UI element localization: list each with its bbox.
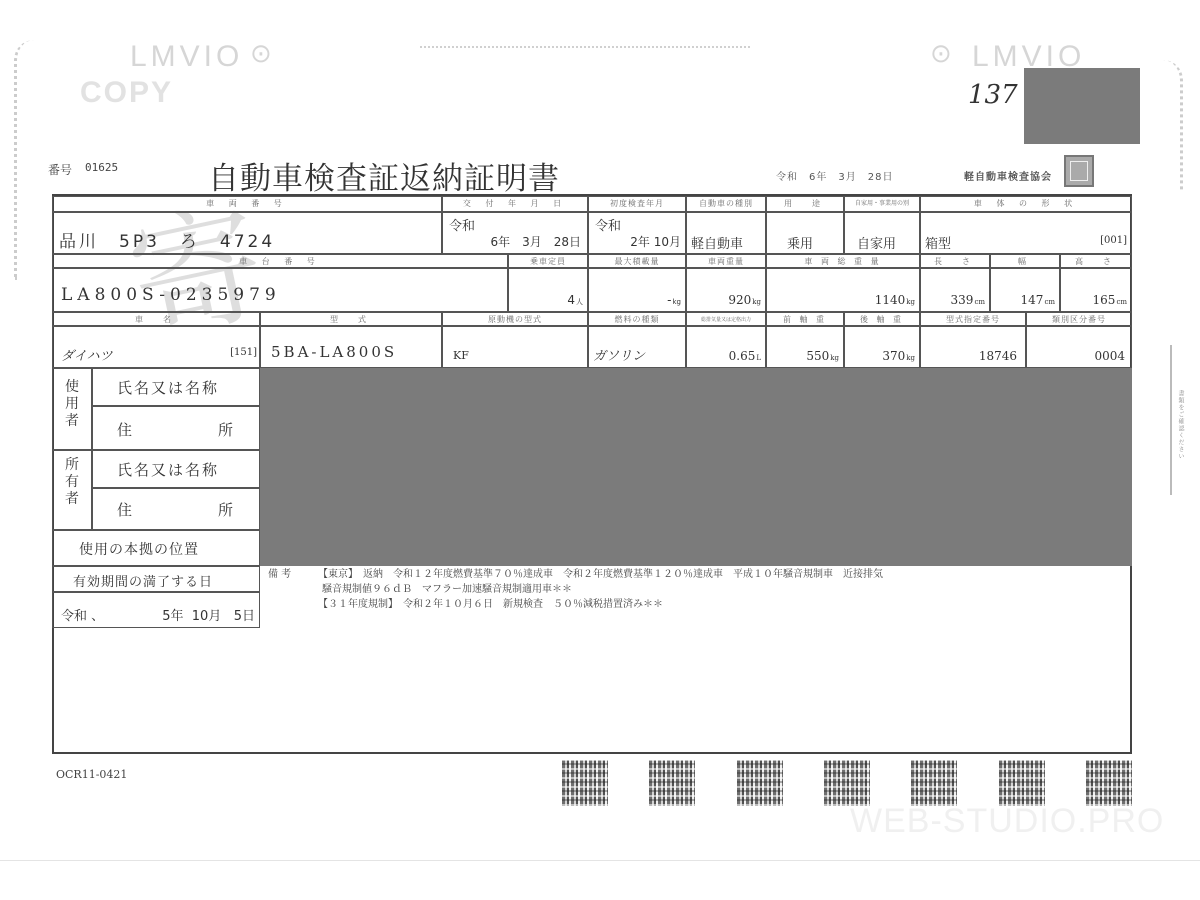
- registration-number-cell: 品川 5P3 ろ 4724: [52, 212, 442, 254]
- type-designation-cell: 18746: [920, 326, 1026, 368]
- hdr-vehicle-type: 自動車の種別: [686, 196, 766, 212]
- user-name-label: 氏名又は名称: [117, 377, 219, 398]
- circle-logo-icon-right: ⊙: [930, 38, 956, 69]
- capacity-value: 4人: [567, 293, 583, 307]
- business-use-cell: 自家用: [844, 212, 920, 254]
- hdr-usage: 用 途: [766, 196, 844, 212]
- owner-address-label-left: 住: [117, 499, 134, 520]
- length-value: 339cm: [951, 293, 985, 307]
- model-cell: 5BA-LA800S: [260, 326, 442, 368]
- hdr-rear-axle: 後 軸 重: [844, 312, 920, 326]
- form-code: OCR11-0421: [56, 768, 127, 781]
- remarks-line-2: 騒音規制値９６ｄＢ マフラー加速騒音規制適用車＊＊: [322, 583, 572, 596]
- width-value: 147cm: [1021, 293, 1055, 307]
- front-axle-value: 550kg: [806, 349, 839, 363]
- first-registration-value: 2年 10月: [630, 233, 681, 250]
- qr-code-icon: [737, 760, 783, 806]
- length-cell: 339cm: [920, 268, 990, 312]
- expiry-era: 令和 、: [61, 605, 104, 624]
- location-label: 使用の本拠の位置: [79, 539, 199, 559]
- left-flourish: [14, 40, 47, 280]
- first-registration-cell: 令和 2年 10月: [588, 212, 686, 254]
- hdr-engine-model: 原動機の型式: [442, 312, 588, 326]
- vehicle-weight-cell: 920kg: [686, 268, 766, 312]
- qr-code-icon: [649, 760, 695, 806]
- expiry-label-cell: 有効期間の満了する日: [52, 566, 260, 592]
- hdr-body-shape: 車 体 の 形 状: [920, 196, 1132, 212]
- fuel-cell: ガソリン: [588, 326, 686, 368]
- gross-weight-cell: 1140kg: [766, 268, 920, 312]
- brand-watermark-left: LMVIO: [130, 40, 243, 74]
- owner-group-cell: 所有者: [52, 450, 92, 530]
- hdr-displacement: 総排気量又は定格出力: [686, 312, 766, 326]
- height-cell: 165cm: [1060, 268, 1132, 312]
- registration-number-value: 品川 5P3 ろ 4724: [59, 227, 275, 252]
- hdr-width: 幅: [990, 254, 1060, 268]
- body-shape-value: 箱型: [925, 233, 951, 252]
- expiry-value: 5年 10月 5日: [162, 605, 255, 624]
- hdr-gross-weight: 車 両 総 重 量: [766, 254, 920, 268]
- maker-cell: ダイハツ [151]: [52, 326, 260, 368]
- location-label-cell: 使用の本拠の位置: [52, 530, 260, 566]
- engine-model-value: KF: [453, 349, 469, 362]
- displacement-cell: 0.65L: [686, 326, 766, 368]
- capacity-cell: 4人: [508, 268, 588, 312]
- copy-watermark: COPY: [80, 76, 173, 110]
- hdr-height: 高 さ: [1060, 254, 1132, 268]
- user-name-label-cell: 氏名又は名称: [92, 368, 260, 406]
- fuel-value: ガソリン: [593, 345, 645, 364]
- owner-address-label-cell: 住 所: [92, 488, 260, 530]
- number-value: 01625: [85, 161, 118, 174]
- owner-group-label: 所有者: [64, 457, 80, 508]
- usage-value: 乗用: [787, 233, 813, 252]
- remarks-line-1: 【東京】 返納 令和１２年度燃費基準７０％達成車 令和２年度燃費基準１２０％達成…: [318, 568, 883, 581]
- first-registration-era: 令和: [595, 215, 621, 234]
- business-use-value: 自家用: [857, 233, 896, 252]
- qr-code-icon: [824, 760, 870, 806]
- site-watermark: WEB-STUDIO.PRO: [850, 802, 1164, 841]
- hdr-length: 長 さ: [920, 254, 990, 268]
- number-label: 番号: [48, 161, 72, 178]
- vehicle-type-value: 軽自動車: [691, 233, 743, 252]
- owner-address-label-right: 所: [218, 499, 235, 520]
- maker-value: ダイハツ: [61, 345, 112, 364]
- document-title: 自動車検査証返納証明書: [208, 153, 560, 198]
- right-flourish: [1150, 60, 1183, 190]
- model-value: 5BA-LA800S: [271, 343, 397, 361]
- side-note: 書類をご確認ください: [1176, 390, 1185, 460]
- qr-code-icon: [1086, 760, 1132, 806]
- user-group-cell: 使用者: [52, 368, 92, 450]
- redacted-block-top-2: [1024, 104, 1140, 144]
- user-group-label: 使用者: [64, 379, 80, 430]
- height-value: 165cm: [1093, 293, 1127, 307]
- max-load-value: -kg: [667, 293, 681, 307]
- qr-code-icon: [562, 760, 608, 806]
- category-number-value: 0004: [1094, 349, 1125, 363]
- chassis-number-cell: LA800S-0235979: [52, 268, 508, 312]
- type-designation-value: 18746: [979, 349, 1017, 363]
- owner-name-label: 氏名又は名称: [117, 459, 219, 480]
- engine-model-cell: KF: [442, 326, 588, 368]
- hdr-type-designation: 型式指定番号: [920, 312, 1026, 326]
- issuer-name: 軽自動車検査協会: [964, 168, 1052, 183]
- redacted-block-top: [1024, 68, 1140, 106]
- vehicle-weight-value: 920kg: [728, 293, 761, 307]
- top-flourish: [420, 46, 750, 48]
- qr-code-icon: [911, 760, 957, 806]
- vehicle-type-cell: 軽自動車: [686, 212, 766, 254]
- hdr-fuel: 燃料の種類: [588, 312, 686, 326]
- hdr-vehicle-weight: 車両重量: [686, 254, 766, 268]
- front-axle-cell: 550kg: [766, 326, 844, 368]
- max-load-cell: -kg: [588, 268, 686, 312]
- category-number-cell: 0004: [1026, 326, 1132, 368]
- body-shape-code: [001]: [1100, 235, 1127, 246]
- expiry-value-cell: 令和 、 5年 10月 5日: [52, 592, 260, 628]
- expiry-label: 有効期間の満了する日: [73, 571, 213, 590]
- official-seal-icon: [1064, 155, 1094, 187]
- issue-date-era: 令和: [449, 215, 475, 234]
- rear-axle-cell: 370kg: [844, 326, 920, 368]
- remarks-line-3: 【３１年度規制】 令和２年１０月６日 新規検査 ５０％減税措置済み＊＊: [318, 598, 663, 611]
- issue-date-cell: 令和 6年 3月 28日: [442, 212, 588, 254]
- qr-code-strip: [562, 760, 1132, 808]
- qr-code-icon: [999, 760, 1045, 806]
- body-shape-cell: 箱型 [001]: [920, 212, 1132, 254]
- hdr-capacity: 乗車定員: [508, 254, 588, 268]
- handwritten-note: 137: [968, 80, 1018, 110]
- gross-weight-value: 1140kg: [875, 293, 915, 307]
- hdr-front-axle: 前 軸 重: [766, 312, 844, 326]
- hdr-max-load: 最大積載量: [588, 254, 686, 268]
- width-cell: 147cm: [990, 268, 1060, 312]
- issue-date: 令和 6年 3月 28日: [776, 168, 893, 183]
- hdr-chassis-number: 車 台 番 号: [52, 254, 508, 268]
- chassis-number-value: LA800S-0235979: [61, 285, 281, 305]
- circle-logo-icon: ⊙: [250, 38, 276, 69]
- displacement-value: 0.65L: [729, 349, 761, 363]
- user-address-label-cell: 住 所: [92, 406, 260, 450]
- redacted-personal-info: [260, 368, 1132, 566]
- hdr-maker: 車 名: [52, 312, 260, 326]
- owner-name-label-cell: 氏名又は名称: [92, 450, 260, 488]
- hdr-model: 型 式: [260, 312, 442, 326]
- rear-axle-value: 370kg: [882, 349, 915, 363]
- hdr-first-registration: 初度検査年月: [588, 196, 686, 212]
- hdr-issue-date: 交 付 年 月 日: [442, 196, 588, 212]
- hdr-category-number: 類別区分番号: [1026, 312, 1132, 326]
- hdr-business-use: 自家用・事業用の別: [844, 196, 920, 212]
- remarks-label: 備 考: [268, 568, 291, 581]
- hdr-registration-number: 車 両 番 号: [52, 196, 442, 212]
- usage-cell: 乗用: [766, 212, 844, 254]
- issue-date-value: 6年 3月 28日: [490, 233, 581, 250]
- maker-code: [151]: [230, 347, 257, 358]
- user-address-label-right: 所: [218, 419, 235, 440]
- page-edge: [0, 860, 1200, 861]
- user-address-label-left: 住: [117, 419, 134, 440]
